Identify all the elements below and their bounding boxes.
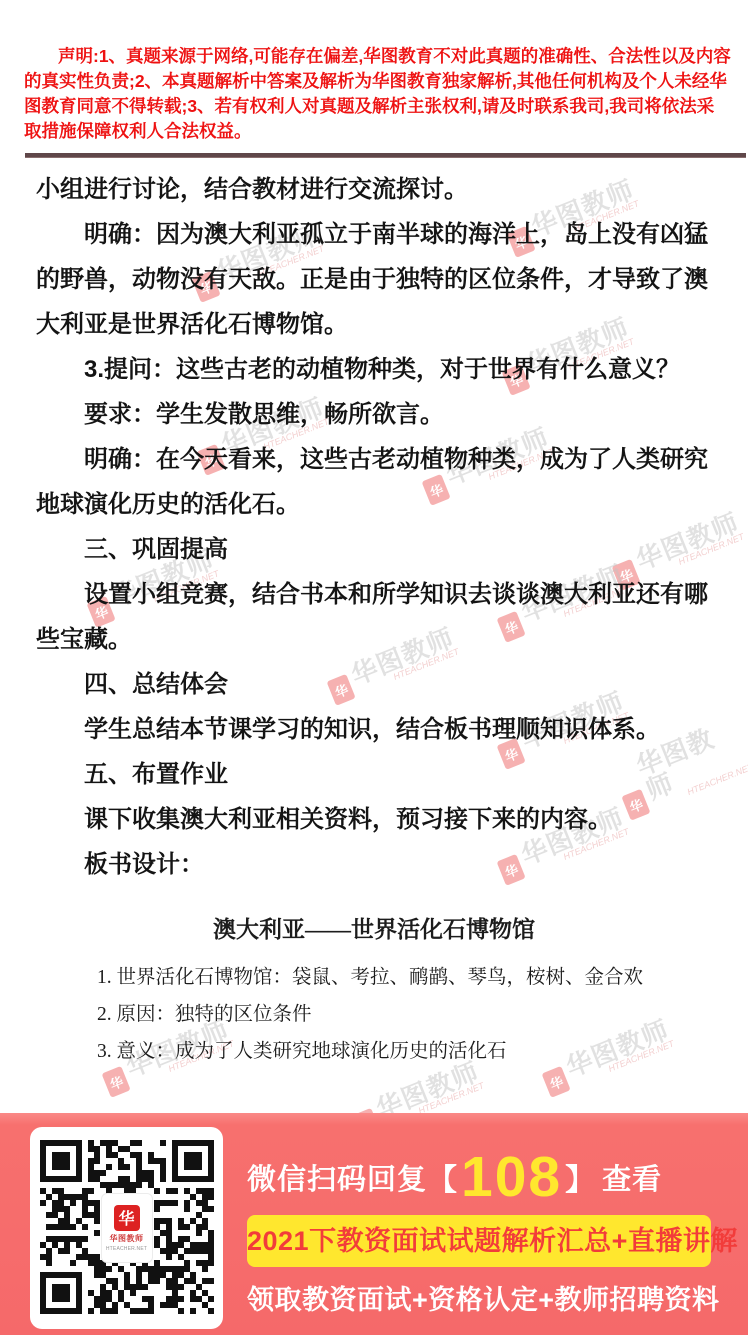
body-line: 明确：在今天看来，这些古老动植物种类，成为了人类研究 xyxy=(36,437,748,482)
disclaimer-line: 图教育同意不得转载;3、若有权利人对真题及解析主张权利,请及时联系我司,我司将依… xyxy=(24,94,724,119)
disclaimer-line: 声明:1、真题来源于网络,可能存在偏差,华图教育不对此真题的准确性、合法性以及内… xyxy=(24,44,724,69)
body-line: 课下收集澳大利亚相关资料，预习接下来的内容。 xyxy=(36,797,748,842)
promo-banner: 华 华图教师 HTEACHER.NET 微信扫码回复 【 108 】 查看 20… xyxy=(0,1113,748,1335)
body-line: 五、布置作业 xyxy=(36,752,748,797)
disclaimer-line: 取措施保障权利人合法权益。 xyxy=(24,119,724,144)
board-design-title: 澳大利亚——世界活化石博物馆 xyxy=(0,915,748,945)
body-line: 地球演化历史的活化石。 xyxy=(36,482,748,527)
body-line: 明确：因为澳大利亚孤立于南半球的海洋上，岛上没有凶猛 xyxy=(36,212,748,257)
banner-line3: 领取教资面试+资格认定+教师招聘资料 xyxy=(247,1278,741,1317)
banner-reply-code: 108 xyxy=(461,1149,562,1206)
board-design-item: 1. 世界活化石博物馆：袋鼠、考拉、鸸鹋、琴鸟，桉树、金合欢 xyxy=(97,959,748,996)
huatu-logo-domain: HTEACHER.NET xyxy=(106,1246,147,1252)
qr-card: 华 华图教师 HTEACHER.NET xyxy=(30,1127,223,1329)
body-line: 些宝藏。 xyxy=(36,617,748,662)
body-line: 的野兽，动物没有天敌。正是由于独特的区位条件，才导致了澳 xyxy=(36,257,748,302)
body-line: 大利亚是世界活化石博物馆。 xyxy=(36,302,748,347)
banner-line1-prefix: 微信扫码回复 xyxy=(247,1157,427,1198)
qr-center-logo: 华 华图教师 HTEACHER.NET xyxy=(101,1193,153,1263)
huatu-logo-brand: 华图教师 xyxy=(110,1233,144,1244)
disclaimer-line: 的真实性负责;2、本真题解析中答案及解析为华图教育独家解析,其他任何机构及个人未… xyxy=(24,69,724,94)
banner-bracket-open: 【 xyxy=(427,1155,458,1199)
body-line: 四、总结体会 xyxy=(36,662,748,707)
body-line: 设置小组竞赛，结合书本和所学知识去谈谈澳大利亚还有哪 xyxy=(36,572,748,617)
body-line: 要求：学生发散思维，畅所欲言。 xyxy=(36,392,748,437)
banner-line1-suffix: 查看 xyxy=(602,1157,662,1198)
huatu-watermark-icon: 华 xyxy=(542,1066,571,1098)
body-line: 小组进行讨论，结合教材进行交流探讨。 xyxy=(36,167,748,212)
board-design-item: 3. 意义：成为了人类研究地球演化历史的活化石 xyxy=(97,1033,748,1070)
body-line: 学生总结本节课学习的知识，结合板书理顺知识体系。 xyxy=(36,707,748,752)
board-design-items: 1. 世界活化石博物馆：袋鼠、考拉、鸸鹋、琴鸟，桉树、金合欢2. 原因：独特的区… xyxy=(97,959,748,1070)
disclaimer-label: 声明: xyxy=(58,46,99,66)
huatu-watermark-icon: 华 xyxy=(102,1066,131,1098)
disclaimer-block: 声明:1、真题来源于网络,可能存在偏差,华图教育不对此真题的准确性、合法性以及内… xyxy=(24,44,724,144)
body-line: 3.提问：这些古老的动植物种类，对于世界有什么意义？ xyxy=(36,347,748,392)
separator-line xyxy=(25,153,746,158)
banner-text-area: 微信扫码回复 【 108 】 查看 2021下教资面试试题解析汇总+直播讲解 领… xyxy=(247,1113,741,1335)
huatu-logo-icon: 华 xyxy=(114,1205,140,1231)
body-line: 板书设计： xyxy=(36,842,748,887)
document-page: 华华图教师HTEACHER.NET华华图教师HTEACHER.NET华华图教师H… xyxy=(0,0,748,1335)
banner-bracket-close: 】 xyxy=(565,1155,596,1199)
banner-line1: 微信扫码回复 【 108 】 查看 xyxy=(247,1146,741,1208)
body-line: 三、巩固提高 xyxy=(36,527,748,572)
lesson-body-text: 小组进行讨论，结合教材进行交流探讨。明确：因为澳大利亚孤立于南半球的海洋上，岛上… xyxy=(36,167,748,887)
banner-highlight-pill: 2021下教资面试试题解析汇总+直播讲解 xyxy=(247,1215,711,1267)
board-design-section: 澳大利亚——世界活化石博物馆 1. 世界活化石博物馆：袋鼠、考拉、鸸鹋、琴鸟，桉… xyxy=(0,915,748,1070)
document-content: 声明:1、真题来源于网络,可能存在偏差,华图教育不对此真题的准确性、合法性以及内… xyxy=(0,44,748,1070)
board-design-item: 2. 原因：独特的区位条件 xyxy=(97,996,748,1033)
huatu-watermark-domain: HTEACHER.NET xyxy=(417,1081,485,1116)
